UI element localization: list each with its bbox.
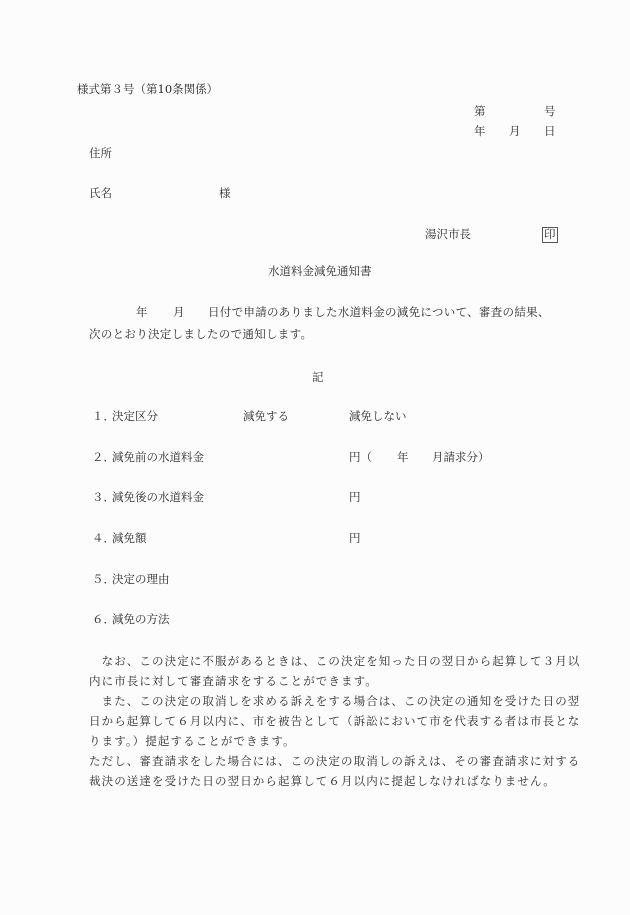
item-2-month-suffix: 月請求分） — [432, 452, 490, 464]
item-2-label: 減免前の水道料金 — [112, 452, 204, 464]
item-2-unit: 円（ — [349, 452, 372, 464]
doc-number-prefix: 第 — [474, 106, 486, 118]
item-3-unit: 円 — [349, 492, 361, 504]
ki-label: 記 — [312, 372, 324, 384]
address-label: 住所 — [89, 148, 112, 160]
item-1-label: 決定区分 — [112, 411, 158, 423]
form-number: 様式第３号（第10条関係） — [77, 84, 218, 96]
notice-line: なお、この決定に不服があるときは、この決定を知った日の翌日から起算して３月以 — [89, 651, 559, 671]
intro-year: 年 — [136, 307, 148, 319]
item-3-label: 減免後の水道料金 — [112, 492, 204, 504]
doc-number-suffix: 号 — [544, 106, 556, 118]
date-year-label: 年 — [474, 126, 486, 138]
seal-icon: 印 — [542, 227, 558, 243]
date-day-label: 日 — [544, 126, 556, 138]
notice-line: ただし、審査請求をした場合には、この決定の取消しの訴えは、その審査請求に対する — [89, 751, 559, 771]
item-4-unit: 円 — [349, 533, 361, 545]
item-5-label: 決定の理由 — [112, 574, 170, 586]
honorific-label: 様 — [219, 188, 231, 200]
item-6-label: 減免の方法 — [112, 614, 170, 626]
notice-line: ります。）提起することができます。 — [89, 731, 559, 751]
notice-line: 日から起算して６月以内に、市を被告として（訴訟において市を代表する者は市長とな — [89, 711, 559, 731]
notice-line: 裁決の送達を受けた日の翌日から起算して６月以内に提起しなければなりません。 — [89, 771, 559, 791]
intro-month: 月 — [173, 307, 185, 319]
seal-box: 印 — [542, 227, 558, 243]
intro-line1: 日付で申請のありました水道料金の減免について、審査の結果、 — [208, 307, 550, 319]
notice-line: また、この決定の取消しを求める訴えをする場合は、この決定の通知を受けた日の翌 — [89, 691, 559, 711]
issuer-title: 湯沢市長 — [425, 229, 471, 241]
intro-line2: 次のとおり決定しましたので通知します。 — [89, 329, 312, 341]
option-not-exempt: 減免しない — [349, 411, 407, 423]
item-2-year: 年 — [397, 452, 409, 464]
notice-line: 内に市長に対して審査請求をすることができます。 — [89, 671, 559, 691]
item-4-label: 減免額 — [112, 533, 147, 545]
date-month-label: 月 — [509, 126, 521, 138]
option-exempt: 減免する — [243, 411, 289, 423]
document-title: 水道料金減免通知書 — [268, 266, 372, 278]
appeal-notice: なお、この決定に不服があるときは、この決定を知った日の翌日から起算して３月以 内… — [89, 651, 559, 791]
name-label: 氏名 — [89, 188, 112, 200]
